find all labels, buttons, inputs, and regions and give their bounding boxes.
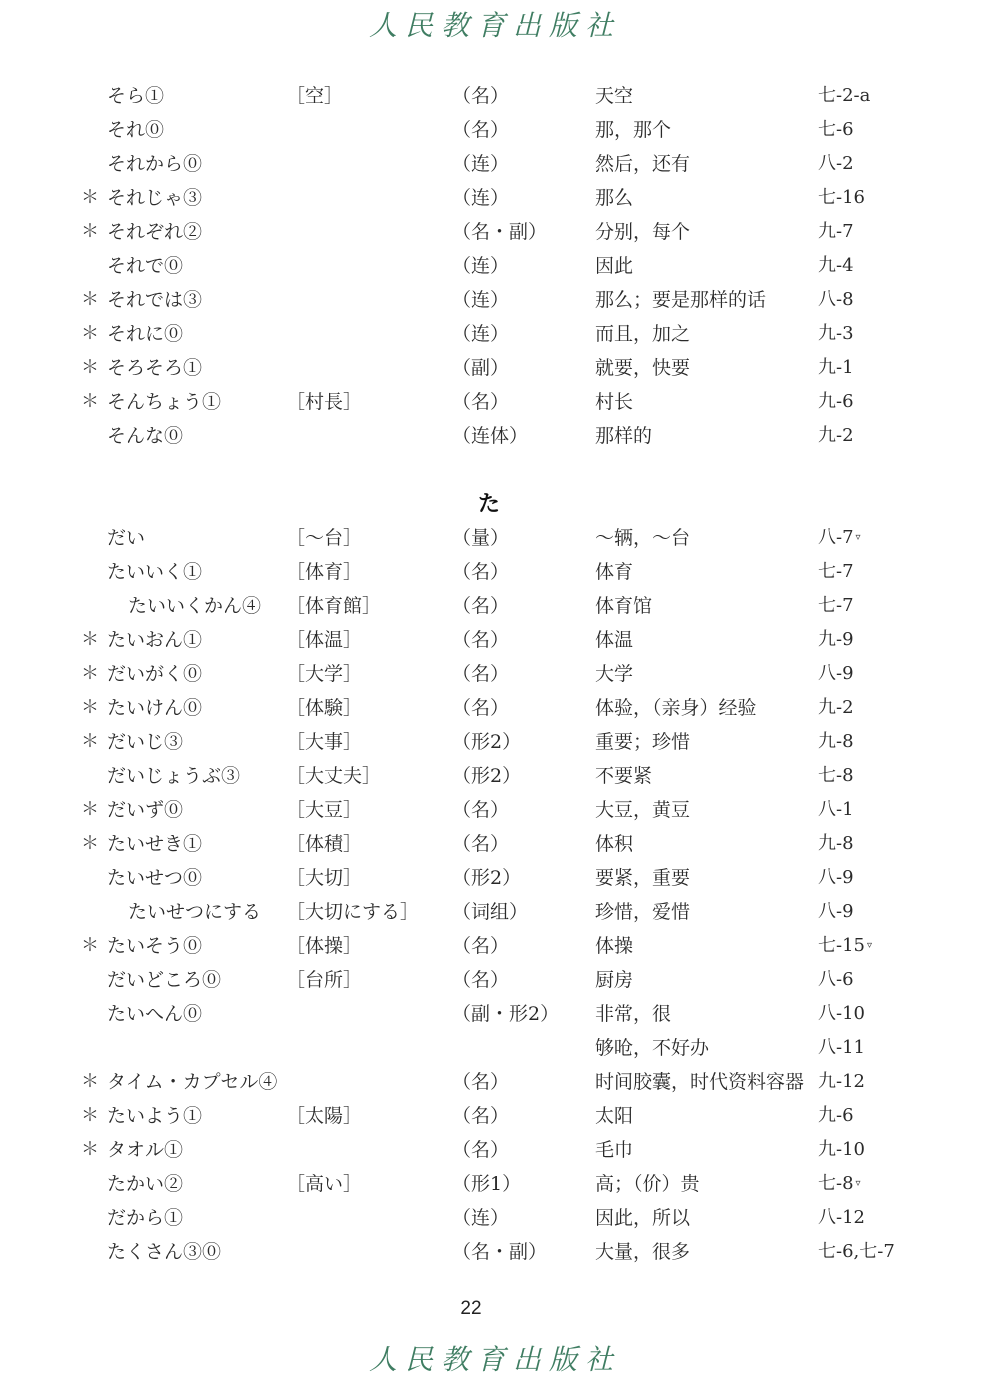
lesson-text: 七-16 <box>818 187 865 208</box>
review-star-marker: ＊ <box>81 1099 99 1133</box>
entry-meaning: 不要紧 <box>595 759 652 793</box>
entry-kanji: ［大切］ <box>286 861 362 895</box>
entry-lesson-ref: 九-9 <box>818 623 854 657</box>
entry-kanji: ［大豆］ <box>286 793 362 827</box>
entry-reading: たいよう① <box>107 1099 202 1133</box>
entry-meaning: 时间胶囊，时代资料容器 <box>595 1065 804 1099</box>
entry-reading: タイム・カプセル④ <box>107 1065 277 1099</box>
entry-reading: たいおん① <box>107 623 202 657</box>
entry-kanji: ［体操］ <box>286 929 362 963</box>
review-star-marker: ＊ <box>81 215 99 249</box>
entry-lesson-ref: 九-2 <box>818 419 854 453</box>
entry-part-of-speech: （连） <box>452 249 509 283</box>
vocabulary-entry: ＊たいせき①［体積］（名）体积九-8 <box>0 827 986 861</box>
vocabulary-entry: ＊そんちょう①［村長］（名）村长九-6 <box>0 385 986 419</box>
entry-kanji: ［体温］ <box>286 623 362 657</box>
entry-reading: だい <box>107 521 145 555</box>
vocabulary-entry: ＊だいじ③［大事］（形2）重要；珍惜九-8 <box>0 725 986 759</box>
entry-lesson-ref: 八-6 <box>818 963 854 997</box>
vocabulary-entry: ＊たいそう⓪［体操］（名）体操七-15▿ <box>0 929 986 963</box>
entry-lesson-ref: 八-9 <box>818 861 854 895</box>
review-star-marker: ＊ <box>81 317 99 351</box>
entry-reading: それから⓪ <box>107 147 202 181</box>
entry-part-of-speech: （名） <box>452 589 509 623</box>
entry-lesson-ref: 九-8 <box>818 827 854 861</box>
review-star-marker: ＊ <box>81 725 99 759</box>
vocabulary-entry: ＊それじゃ③（连）那么七-16 <box>0 181 986 215</box>
entry-meaning: 大学 <box>595 657 633 691</box>
entry-meaning: 天空 <box>595 79 633 113</box>
entry-reading: それぞれ② <box>107 215 202 249</box>
vocabulary-entry: ＊たいけん⓪［体験］（名）体验，（亲身）经验九-2 <box>0 691 986 725</box>
review-star-marker: ＊ <box>81 1133 99 1167</box>
entry-part-of-speech: （形2） <box>452 861 521 895</box>
entry-kanji: ［体育館］ <box>286 589 381 623</box>
lesson-text: 九-1 <box>818 357 854 378</box>
entry-reading: それに⓪ <box>107 317 183 351</box>
vocabulary-entry: ＊そろそろ①（副）就要，快要九-1 <box>0 351 986 385</box>
entry-reading: たいいくかん④ <box>128 589 261 623</box>
vocabulary-entry: そんな⓪（连体）那样的九-2 <box>0 419 986 453</box>
entry-reading: タオル① <box>107 1133 183 1167</box>
entry-meaning: 因此 <box>595 249 633 283</box>
vocabulary-entry: ＊だいがく⓪［大学］（名）大学八-9 <box>0 657 986 691</box>
entry-lesson-ref: 七-15▿ <box>818 929 872 963</box>
entry-lesson-ref: 九-1 <box>818 351 854 385</box>
entry-part-of-speech: （名・副） <box>452 1235 547 1269</box>
entry-meaning: 太阳 <box>595 1099 633 1133</box>
vocabulary-entry: たいいくかん④［体育館］（名）体育馆七-7 <box>0 589 986 623</box>
lesson-text: 九-4 <box>818 255 854 276</box>
entry-meaning: 村长 <box>595 385 633 419</box>
entry-reading: だいがく⓪ <box>107 657 202 691</box>
vocabulary-entry: たいせつ⓪［大切］（形2）要紧，重要八-9 <box>0 861 986 895</box>
entry-meaning: 那样的 <box>595 419 652 453</box>
vocabulary-entry: だい［～台］（量）～辆，～台八-7▿ <box>0 521 986 555</box>
entry-meaning: 珍惜，爱惜 <box>595 895 690 929</box>
lesson-text: 八-9 <box>818 663 854 684</box>
entry-kanji: ［空］ <box>286 79 343 113</box>
lesson-text: 九-9 <box>818 629 854 650</box>
entry-kanji: ［体積］ <box>286 827 362 861</box>
entry-part-of-speech: （名） <box>452 1099 509 1133</box>
review-star-marker: ＊ <box>81 827 99 861</box>
entry-reading: それじゃ③ <box>107 181 202 215</box>
entry-part-of-speech: （词组） <box>452 895 528 929</box>
vocabulary-entry: ＊タオル①（名）毛巾九-10 <box>0 1133 986 1167</box>
entry-meaning: 那，那个 <box>595 113 671 147</box>
lesson-text: 八-9 <box>818 867 854 888</box>
review-star-marker: ＊ <box>81 283 99 317</box>
lesson-text: 七-6 <box>818 119 854 140</box>
vocabulary-entry: それで⓪（连）因此九-4 <box>0 249 986 283</box>
entry-meaning: 那么 <box>595 181 633 215</box>
entry-part-of-speech: （形1） <box>452 1167 521 1201</box>
lesson-text: 八-8 <box>818 289 854 310</box>
entry-kanji: ［大丈夫］ <box>286 759 381 793</box>
entry-meaning: 体操 <box>595 929 633 963</box>
lesson-text: 七-7 <box>818 595 854 616</box>
lesson-text: 七-15 <box>818 935 865 956</box>
vocabulary-entry: だいじょうぶ③［大丈夫］（形2）不要紧七-8 <box>0 759 986 793</box>
review-star-marker: ＊ <box>81 181 99 215</box>
entry-lesson-ref: 八-7▿ <box>818 521 861 555</box>
vocabulary-entry: たくさん③⓪（名・副）大量，很多七-6,七-7 <box>0 1235 986 1269</box>
entry-part-of-speech: （名） <box>452 555 509 589</box>
lesson-text: 八-1 <box>818 799 854 820</box>
entry-part-of-speech: （名） <box>452 827 509 861</box>
entry-reading: たいいく① <box>107 555 202 589</box>
vocabulary-entry: たいいく①［体育］（名）体育七-7 <box>0 555 986 589</box>
entry-part-of-speech: （名） <box>452 623 509 657</box>
entry-part-of-speech: （名・副） <box>452 215 547 249</box>
entry-lesson-ref: 九-8 <box>818 725 854 759</box>
entry-lesson-ref: 八-12 <box>818 1201 865 1235</box>
entry-reading: それ⓪ <box>107 113 164 147</box>
vocabulary-entry: ＊たいよう①［太陽］（名）太阳九-6 <box>0 1099 986 1133</box>
entry-reading: だいどころ⓪ <box>107 963 221 997</box>
entry-lesson-ref: 八-11 <box>818 1031 865 1065</box>
entry-lesson-ref: 七-8▿ <box>818 1167 861 1201</box>
entry-meaning: 要紧，重要 <box>595 861 690 895</box>
section-heading-ta: た <box>478 490 508 520</box>
review-star-marker: ＊ <box>81 657 99 691</box>
review-star-marker: ＊ <box>81 793 99 827</box>
lesson-text: 九-8 <box>818 833 854 854</box>
entry-kanji: ［村長］ <box>286 385 362 419</box>
entry-lesson-ref: 九-6 <box>818 385 854 419</box>
lesson-text: 八-11 <box>818 1037 865 1058</box>
entry-kanji: ［高い］ <box>286 1167 362 1201</box>
lesson-text: 八-9 <box>818 901 854 922</box>
entry-meaning: ～辆，～台 <box>595 521 690 555</box>
entry-reading: たいそう⓪ <box>107 929 202 963</box>
lesson-text: 七-2-a <box>818 85 870 106</box>
entry-part-of-speech: （副） <box>452 351 509 385</box>
entry-reading: そら① <box>107 79 164 113</box>
entry-kanji: ［体験］ <box>286 691 362 725</box>
entry-part-of-speech: （连） <box>452 317 509 351</box>
lesson-text: 九-2 <box>818 425 854 446</box>
review-star-marker: ＊ <box>81 1065 99 1099</box>
entry-meaning: 毛巾 <box>595 1133 633 1167</box>
page-number: 22 <box>0 1298 942 1320</box>
entry-lesson-ref: 七-8 <box>818 759 854 793</box>
vocabulary-entry: ＊たいおん①［体温］（名）体温九-9 <box>0 623 986 657</box>
entry-reading: そんな⓪ <box>107 419 183 453</box>
entry-reading: たいせき① <box>107 827 202 861</box>
entry-kanji: ［体育］ <box>286 555 362 589</box>
entry-part-of-speech: （连） <box>452 147 509 181</box>
vocabulary-entry: ＊それでは③（连）那么；要是那样的话八-8 <box>0 283 986 317</box>
entry-part-of-speech: （名） <box>452 963 509 997</box>
entry-reading: たいせつにする <box>128 895 261 929</box>
lesson-text: 九-6 <box>818 391 854 412</box>
review-star-marker: ＊ <box>81 385 99 419</box>
vocabulary-entry: そら①［空］（名）天空七-2-a <box>0 79 986 113</box>
vocabulary-entry: だいどころ⓪［台所］（名）厨房八-6 <box>0 963 986 997</box>
lesson-text: 七-6,七-7 <box>818 1241 895 1262</box>
vocabulary-entry: たいへん⓪（副・形2）非常，很八-10 <box>0 997 986 1031</box>
entry-part-of-speech: （连） <box>452 181 509 215</box>
entry-meaning: 大豆，黄豆 <box>595 793 690 827</box>
entry-part-of-speech: （形2） <box>452 759 521 793</box>
entry-kanji: ［台所］ <box>286 963 362 997</box>
triangle-mark-icon: ▿ <box>867 940 872 951</box>
entry-lesson-ref: 八-9 <box>818 657 854 691</box>
entry-part-of-speech: （连） <box>452 1201 509 1235</box>
entry-part-of-speech: （名） <box>452 113 509 147</box>
entry-meaning: 分别，每个 <box>595 215 690 249</box>
entry-reading: たいへん⓪ <box>107 997 202 1031</box>
entry-lesson-ref: 八-8 <box>818 283 854 317</box>
vocabulary-entry: たかい②［高い］（形1）高；（价）贵七-8▿ <box>0 1167 986 1201</box>
review-star-marker: ＊ <box>81 351 99 385</box>
lesson-text: 九-2 <box>818 697 854 718</box>
entry-lesson-ref: 八-10 <box>818 997 865 1031</box>
entry-part-of-speech: （形2） <box>452 725 521 759</box>
review-star-marker: ＊ <box>81 691 99 725</box>
entry-meaning: 而且，加之 <box>595 317 690 351</box>
entry-part-of-speech: （名） <box>452 657 509 691</box>
entry-lesson-ref: 九-10 <box>818 1133 865 1167</box>
lesson-text: 七-8 <box>818 1173 854 1194</box>
lesson-text: 九-8 <box>818 731 854 752</box>
entry-lesson-ref: 七-6 <box>818 113 854 147</box>
lesson-text: 八-7 <box>818 527 854 548</box>
lesson-text: 八-10 <box>818 1003 865 1024</box>
lesson-text: 八-6 <box>818 969 854 990</box>
entry-lesson-ref: 七-7 <box>818 555 854 589</box>
entry-kanji: ［大事］ <box>286 725 362 759</box>
entry-kanji: ［大学］ <box>286 657 362 691</box>
entry-meaning: 高；（价）贵 <box>595 1167 700 1201</box>
entry-part-of-speech: （名） <box>452 385 509 419</box>
lesson-text: 七-8 <box>818 765 854 786</box>
entry-kanji: ［大切にする］ <box>286 895 419 929</box>
entry-meaning: 因此，所以 <box>595 1201 690 1235</box>
entry-lesson-ref: 九-7 <box>818 215 854 249</box>
entry-meaning: 重要；珍惜 <box>595 725 690 759</box>
vocabulary-entry: ＊それに⓪（连）而且，加之九-3 <box>0 317 986 351</box>
entry-lesson-ref: 九-6 <box>818 1099 854 1133</box>
lesson-text: 八-12 <box>818 1207 865 1228</box>
entry-part-of-speech: （副・形2） <box>452 997 559 1031</box>
entry-meaning: 大量，很多 <box>595 1235 690 1269</box>
entry-meaning: 体温 <box>595 623 633 657</box>
entry-reading: それでは③ <box>107 283 202 317</box>
entry-part-of-speech: （名） <box>452 929 509 963</box>
lesson-text: 九-7 <box>818 221 854 242</box>
entry-meaning: 体育馆 <box>595 589 652 623</box>
entry-part-of-speech: （量） <box>452 521 509 555</box>
entry-meaning: 就要，快要 <box>595 351 690 385</box>
review-star-marker: ＊ <box>81 929 99 963</box>
entry-part-of-speech: （名） <box>452 793 509 827</box>
lesson-text: 九-6 <box>818 1105 854 1126</box>
entry-reading: そんちょう① <box>107 385 221 419</box>
review-star-marker: ＊ <box>81 623 99 657</box>
entry-meaning: 那么；要是那样的话 <box>595 283 766 317</box>
lesson-text: 九-12 <box>818 1071 865 1092</box>
triangle-mark-icon: ▿ <box>856 532 861 543</box>
entry-meaning: 体验，（亲身）经验 <box>595 691 757 725</box>
entry-reading: だいじょうぶ③ <box>107 759 240 793</box>
entry-reading: たくさん③⓪ <box>107 1235 221 1269</box>
entry-lesson-ref: 九-2 <box>818 691 854 725</box>
entry-lesson-ref: 七-2-a <box>818 79 870 113</box>
entry-part-of-speech: （名） <box>452 79 509 113</box>
entry-meaning: 够呛，不好办 <box>595 1031 709 1065</box>
entry-reading: だから① <box>107 1201 183 1235</box>
entry-meaning: 厨房 <box>595 963 633 997</box>
entry-part-of-speech: （连体） <box>452 419 528 453</box>
entry-reading: だいじ③ <box>107 725 183 759</box>
entry-lesson-ref: 八-9 <box>818 895 854 929</box>
entry-lesson-ref: 八-2 <box>818 147 854 181</box>
lesson-text: 九-10 <box>818 1139 865 1160</box>
entry-reading: そろそろ① <box>107 351 202 385</box>
entry-kanji: ［太陽］ <box>286 1099 362 1133</box>
entry-lesson-ref: 七-7 <box>818 589 854 623</box>
vocabulary-entry: それから⓪（连）然后，还有八-2 <box>0 147 986 181</box>
entry-lesson-ref: 八-1 <box>818 793 854 827</box>
triangle-mark-icon: ▿ <box>856 1178 861 1189</box>
publisher-logo-header: 人民教育出版社 <box>360 6 630 46</box>
lesson-text: 七-7 <box>818 561 854 582</box>
entry-lesson-ref: 七-6,七-7 <box>818 1235 895 1269</box>
vocabulary-entry: 够呛，不好办八-11 <box>0 1031 986 1065</box>
entry-meaning: 体积 <box>595 827 633 861</box>
lesson-text: 八-2 <box>818 153 854 174</box>
vocabulary-entry: たいせつにする［大切にする］（词组）珍惜，爱惜八-9 <box>0 895 986 929</box>
vocabulary-entry: ＊だいず⓪［大豆］（名）大豆，黄豆八-1 <box>0 793 986 827</box>
entry-meaning: 体育 <box>595 555 633 589</box>
publisher-logo-footer: 人民教育出版社 <box>360 1340 630 1380</box>
entry-lesson-ref: 七-16 <box>818 181 865 215</box>
entry-lesson-ref: 九-4 <box>818 249 854 283</box>
entry-part-of-speech: （名） <box>452 691 509 725</box>
vocabulary-entry: だから①（连）因此，所以八-12 <box>0 1201 986 1235</box>
entry-meaning: 非常，很 <box>595 997 671 1031</box>
entry-part-of-speech: （名） <box>452 1065 509 1099</box>
vocabulary-entry: それ⓪（名）那，那个七-6 <box>0 113 986 147</box>
lesson-text: 九-3 <box>818 323 854 344</box>
entry-reading: たいけん⓪ <box>107 691 202 725</box>
entry-part-of-speech: （名） <box>452 1133 509 1167</box>
entry-kanji: ［～台］ <box>286 521 362 555</box>
entry-reading: たかい② <box>107 1167 183 1201</box>
entry-reading: それで⓪ <box>107 249 183 283</box>
vocabulary-entry: ＊タイム・カプセル④（名）时间胶囊，时代资料容器九-12 <box>0 1065 986 1099</box>
entry-lesson-ref: 九-12 <box>818 1065 865 1099</box>
entry-part-of-speech: （连） <box>452 283 509 317</box>
entry-lesson-ref: 九-3 <box>818 317 854 351</box>
entry-reading: たいせつ⓪ <box>107 861 202 895</box>
vocabulary-entry: ＊それぞれ②（名・副）分别，每个九-7 <box>0 215 986 249</box>
entry-reading: だいず⓪ <box>107 793 183 827</box>
entry-meaning: 然后，还有 <box>595 147 690 181</box>
